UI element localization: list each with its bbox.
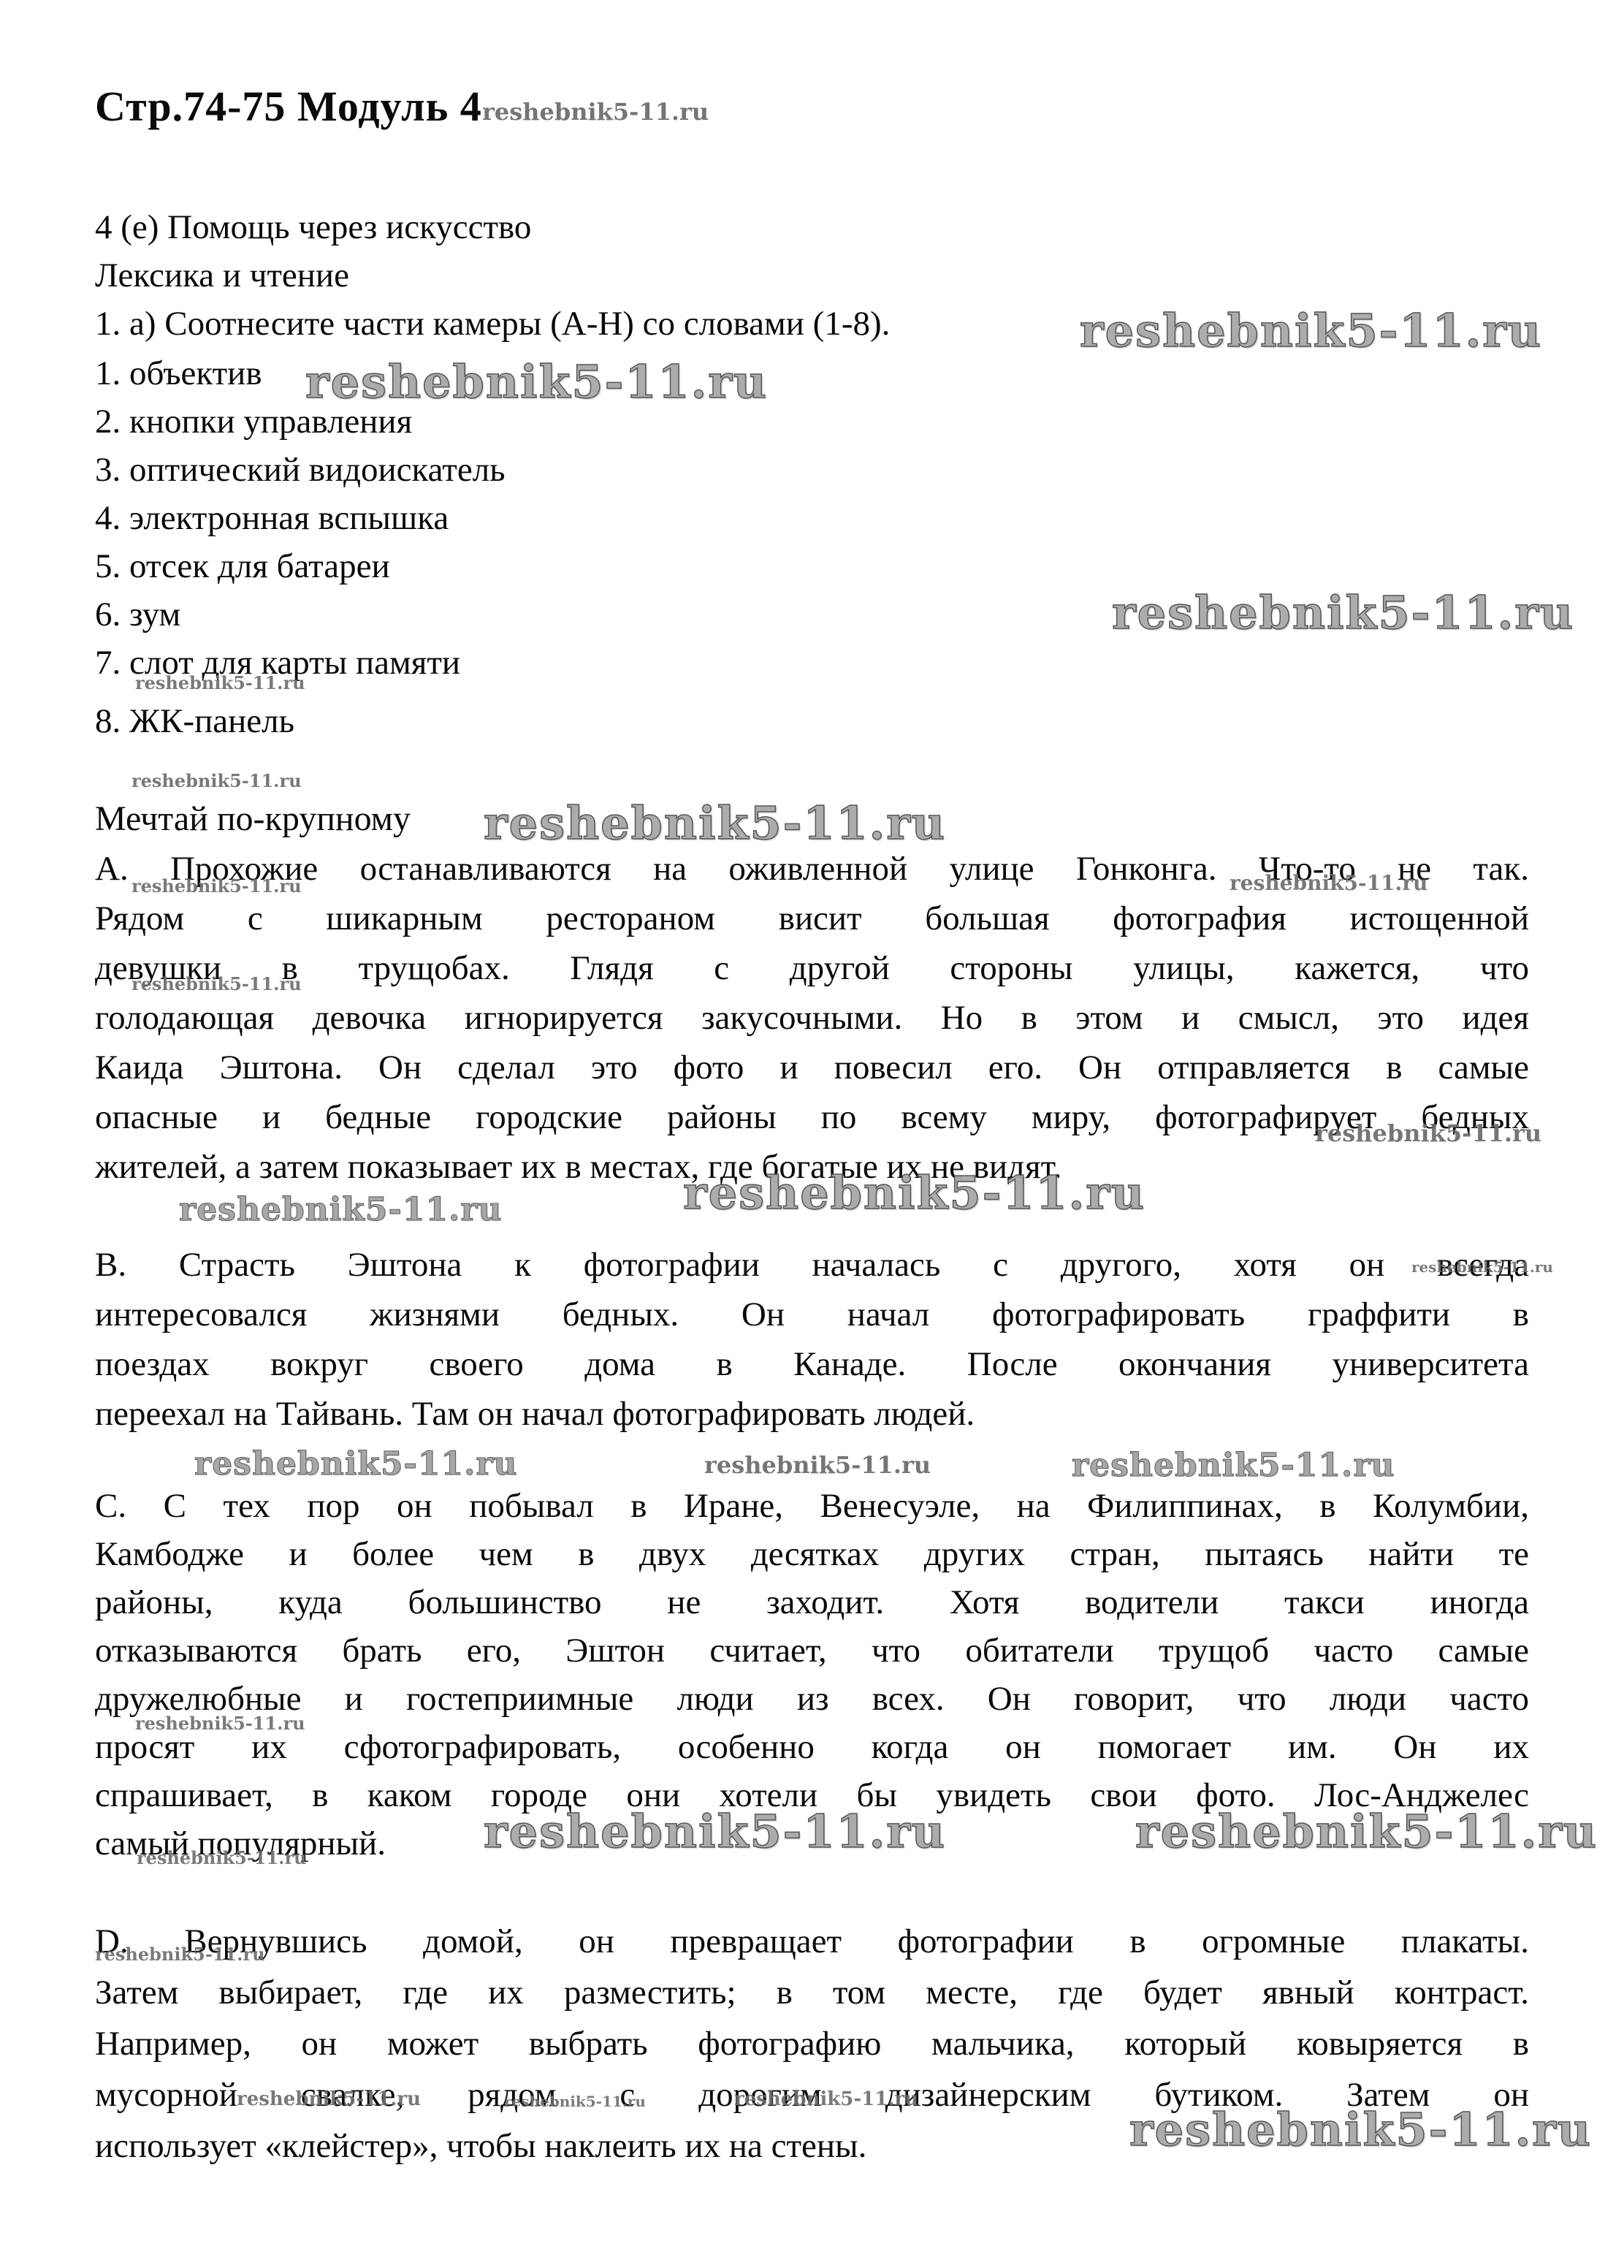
watermark: reshebnik5-11.ru	[1230, 871, 1427, 895]
watermark: reshebnik5-11.ru	[704, 1451, 931, 1479]
paragraph-c-line: Камбодже и более чем в двух десятках дру…	[95, 1530, 1529, 1578]
watermark: reshebnik5-11.ru	[734, 2088, 918, 2110]
paragraph-a-line: голодающая девочка игнорируется закусочн…	[95, 993, 1529, 1043]
watermark: reshebnik5-11.ru	[95, 1944, 265, 1965]
watermark: reshebnik5-11.ru	[504, 2093, 646, 2110]
paragraph-a: А. Прохожие останавливаются на оживленно…	[95, 844, 1529, 1192]
paragraph-d-line: D. Вернувшись домой, он превращает фотог…	[95, 1916, 1529, 1967]
camera-part-item: 3. оптический видоискатель	[95, 446, 1529, 494]
watermark: reshebnik5-11.ru	[1112, 586, 1574, 639]
watermark: reshebnik5-11.ru	[1129, 2103, 1592, 2156]
watermark: reshebnik5-11.ru	[131, 770, 302, 791]
camera-part-item: 7. слот для карты памяти	[95, 639, 1529, 687]
document-page: Стр.74-75 Модуль 4 4 (e) Помощь через ис…	[0, 0, 1624, 2268]
paragraph-d-line: Затем выбирает, где их разместить; в том…	[95, 1967, 1529, 2018]
watermark: reshebnik5-11.ru	[194, 1445, 518, 1483]
camera-part-item: 5. отсек для батареи	[95, 542, 1529, 590]
paragraph-a-line: опасные и бедные городские районы по все…	[95, 1092, 1529, 1142]
paragraph-a-line: Рядом с шикарным рестораном висит больша…	[95, 894, 1529, 943]
watermark: reshebnik5-11.ru	[131, 973, 302, 994]
watermark: reshebnik5-11.ru	[1080, 304, 1542, 357]
watermark: reshebnik5-11.ru	[482, 98, 709, 126]
lesson-title: 4 (e) Помощь через искусство	[95, 203, 1529, 251]
watermark: reshebnik5-11.ru	[484, 796, 946, 850]
paragraph-b-line: В. Страсть Эштона к фотографии началась …	[95, 1240, 1529, 1290]
paragraph-b-line: поездах вокруг своего дома в Канаде. Пос…	[95, 1339, 1529, 1389]
camera-parts-list: 1. объектив2. кнопки управления3. оптиче…	[95, 349, 1529, 745]
watermark: reshebnik5-11.ru	[1072, 1447, 1395, 1484]
watermark: reshebnik5-11.ru	[135, 1713, 305, 1734]
watermark: reshebnik5-11.ru	[131, 875, 302, 897]
paragraph-b: В. Страсть Эштона к фотографии началась …	[95, 1240, 1529, 1439]
paragraph-b-line: интересовался жизнями бедных. Он начал ф…	[95, 1290, 1529, 1339]
paragraph-b-line: переехал на Тайвань. Там он начал фотогр…	[95, 1389, 1529, 1439]
paragraph-c-line: районы, куда большинство не заходит. Хот…	[95, 1578, 1529, 1626]
paragraph-d-line: Например, он может выбрать фотографию ма…	[95, 2018, 1529, 2069]
page-title: Стр.74-75 Модуль 4	[95, 82, 482, 131]
watermark: reshebnik5-11.ru	[135, 672, 305, 693]
watermark: reshebnik5-11.ru	[484, 1805, 946, 1858]
paragraph-c-line: С. С тех пор он побывал в Иране, Венесуэ…	[95, 1482, 1529, 1530]
camera-part-item: 4. электронная вспышка	[95, 494, 1529, 542]
watermark: reshebnik5-11.ru	[1411, 1258, 1553, 1276]
lesson-subtitle: Лексика и чтение	[95, 251, 1529, 300]
paragraph-c-line: отказываются брать его, Эштон считает, ч…	[95, 1626, 1529, 1675]
watermark: reshebnik5-11.ru	[683, 1166, 1145, 1219]
watermark: reshebnik5-11.ru	[1315, 1119, 1541, 1147]
watermark: reshebnik5-11.ru	[237, 2088, 421, 2110]
paragraph-c-line: дружелюбные и гостеприимные люди из всех…	[95, 1675, 1529, 1723]
paragraph-a-line: девушки в трущобах. Глядя с другой сторо…	[95, 943, 1529, 993]
paragraph-c-line: просят их сфотографировать, особенно ког…	[95, 1723, 1529, 1771]
watermark: reshebnik5-11.ru	[1135, 1805, 1598, 1858]
watermark: reshebnik5-11.ru	[179, 1191, 503, 1228]
watermark: reshebnik5-11.ru	[137, 1847, 307, 1868]
paragraph-a-line: Каида Эштона. Он сделал это фото и повес…	[95, 1043, 1529, 1092]
camera-part-item: 8. ЖК-панель	[95, 697, 1529, 745]
watermark: reshebnik5-11.ru	[305, 355, 768, 408]
